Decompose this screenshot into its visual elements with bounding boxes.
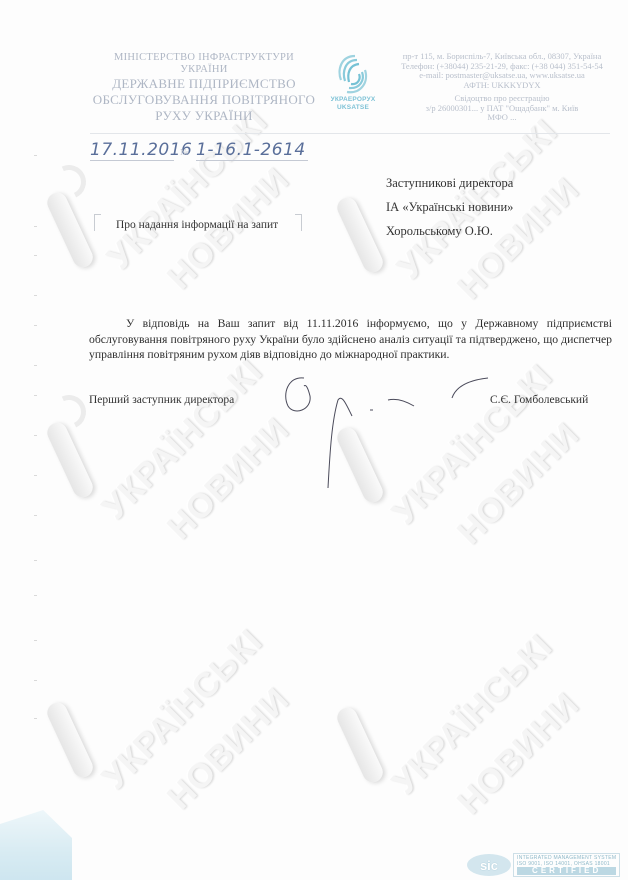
watermark-text: УКРАЇНСЬКІ	[385, 627, 561, 803]
addressee-line: Заступникові директора	[386, 171, 513, 195]
header-divider	[90, 133, 610, 134]
contact-line: МФО ...	[392, 113, 612, 123]
uksatse-logo-icon	[333, 52, 373, 96]
ministry-line: МІНІСТЕРСТВО ІНФРАСТРУКТУРИ	[88, 52, 320, 64]
certification-badge: sic INTEGRATED MANAGEMENT SYSTEM ISO 900…	[467, 852, 620, 878]
ministry-line: УКРАЇНИ	[88, 64, 320, 76]
handwritten-signature	[270, 370, 490, 490]
enterprise-line: РУХУ УКРАЇНИ	[88, 109, 320, 123]
enterprise-line: ДЕРЖАВНЕ ПІДПРИЄМСТВО	[88, 77, 320, 91]
signatory-title: Перший заступник директора	[89, 394, 234, 406]
letter-body: У відповідь на Ваш запит від 11.11.2016 …	[89, 316, 612, 363]
addressee-line: Хорольському О.Ю.	[386, 219, 513, 243]
subject-line: Про надання інформації на запит	[116, 219, 278, 231]
sic-logo-icon: sic	[467, 854, 511, 876]
registration-date: 17.11.2016	[90, 140, 174, 161]
addressee-block: Заступникові директора ІА «Українські но…	[386, 171, 513, 243]
bracket-left	[94, 214, 101, 231]
registration-number-label: №	[180, 147, 189, 157]
contact-line: АФТН: UKKKYDYX	[392, 81, 612, 91]
cert-label: CERTIFIED	[517, 867, 616, 875]
addressee-line: ІА «Українські новини»	[386, 195, 513, 219]
signatory-name: С.Є. Гомболевський	[490, 394, 588, 406]
corner-decoration	[0, 810, 72, 880]
watermark-text: НОВИНИ	[160, 680, 297, 817]
watermark-text: УКРАЇНСЬКІ	[100, 102, 276, 278]
watermark-text: УКРАЇНСЬКІ	[95, 352, 271, 528]
registration-number: 1-16.1-2614	[196, 140, 308, 161]
letterhead-ministry: МІНІСТЕРСТВО ІНФРАСТРУКТУРИ УКРАЇНИ ДЕРЖ…	[88, 52, 320, 123]
uksatse-logo: УКРАЕРОРУХ UKSATSE	[316, 52, 390, 112]
subject-block: Про надання інформації на запит	[94, 214, 302, 236]
logo-text: УКРАЕРОРУХ	[316, 96, 390, 104]
watermark-text: НОВИНИ	[450, 685, 587, 822]
enterprise-line: ОБСЛУГОВУВАННЯ ПОВІТРЯНОГО	[88, 93, 320, 107]
logo-text: UKSATSE	[316, 104, 390, 112]
letterhead-contacts: пр-т 115, м. Бориспіль-7, Київська обл.,…	[392, 52, 612, 123]
bracket-right	[295, 214, 302, 231]
watermark-text: УКРАЇНСЬКІ	[95, 622, 271, 798]
